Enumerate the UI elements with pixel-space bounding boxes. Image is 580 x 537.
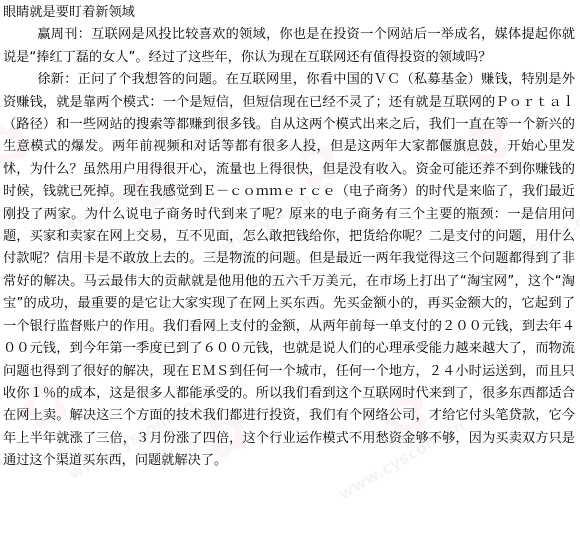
speaker-label: 徐新： bbox=[37, 72, 77, 87]
answer-paragraph: 徐新：正问了个我想答的问题。在互联网里，你看中国的ＶＣ（私募基金）赚钱，特别是外… bbox=[3, 69, 575, 472]
speaker-label: 赢周刊： bbox=[37, 27, 91, 42]
paragraph-text: 正问了个我想答的问题。在互联网里，你看中国的ＶＣ（私募基金）赚钱，特别是外资赚钱… bbox=[3, 72, 575, 468]
question-paragraph: 赢周刊：互联网是风投比较喜欢的领域，你也是在投资一个网站后一举成名，媒体提起你就… bbox=[3, 24, 575, 69]
article: 眼睛就是要盯着新领域 赢周刊：互联网是风投比较喜欢的领域，你也是在投资一个网站后… bbox=[0, 0, 580, 473]
article-title: 眼睛就是要盯着新领域 bbox=[3, 2, 580, 24]
